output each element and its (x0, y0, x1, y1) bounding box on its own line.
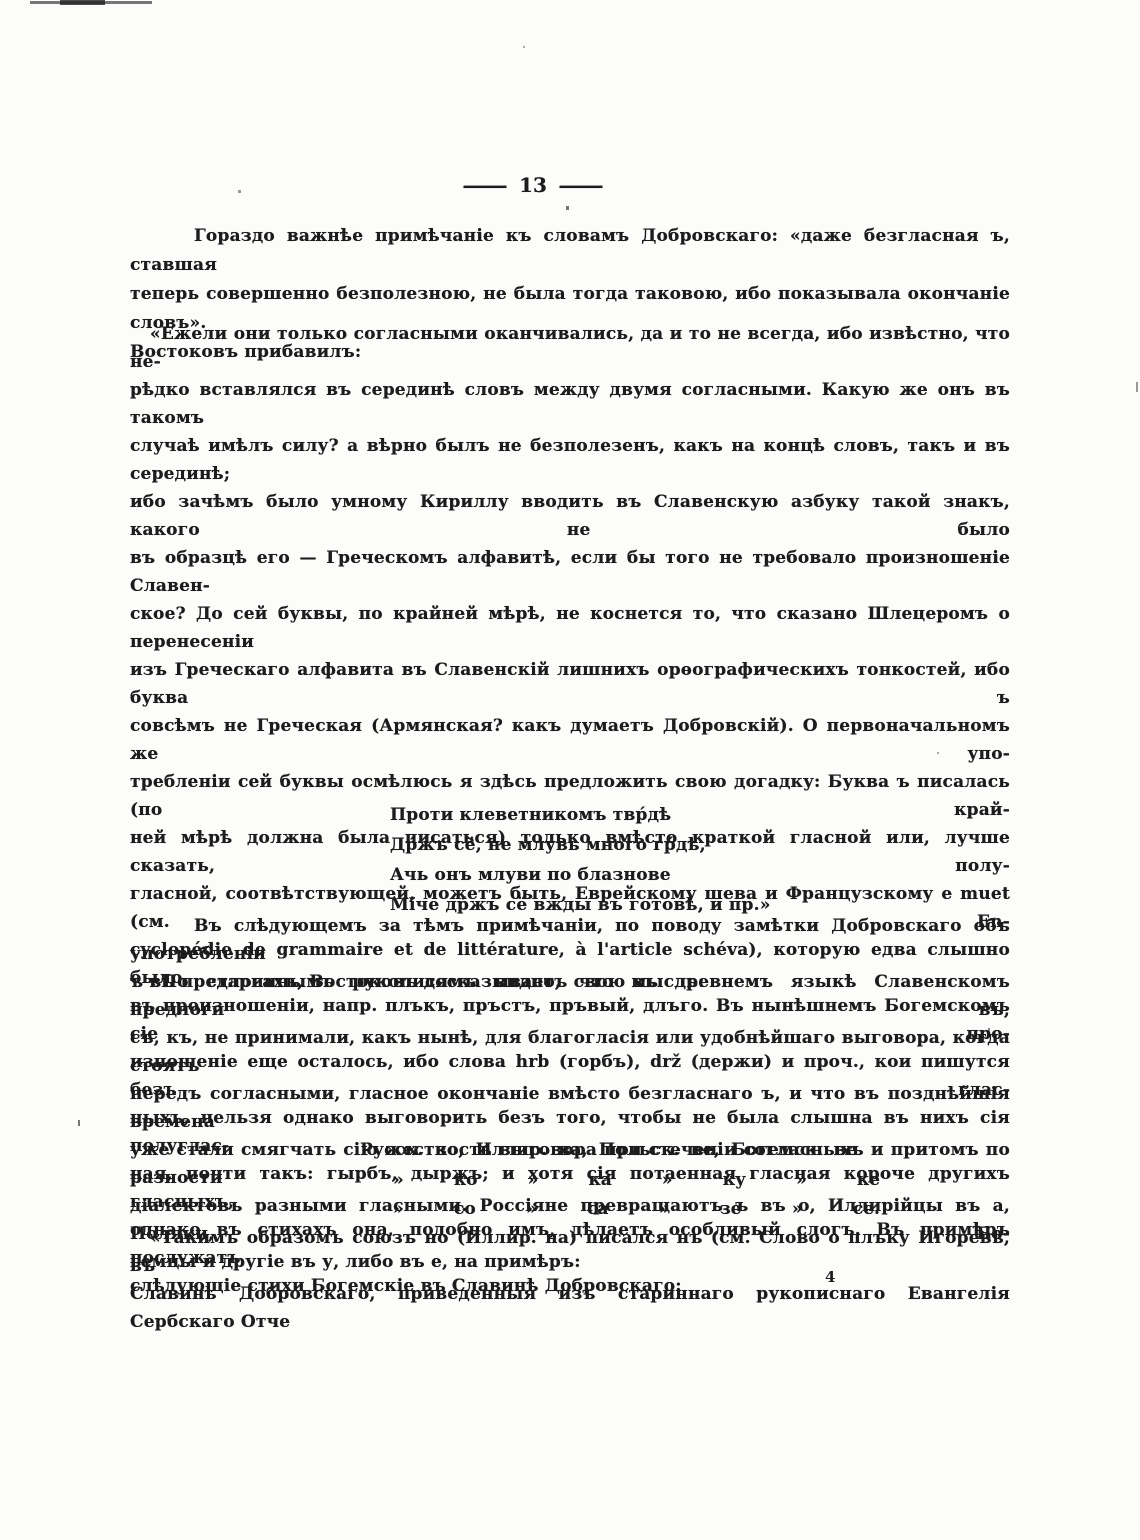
table-cell-ditto: » (393, 1195, 404, 1224)
scan-speck (78, 1120, 80, 1126)
scan-artifact-top-blob (60, 0, 105, 5)
verse-line: Ачь онъ млуви по блазнове (390, 860, 950, 890)
table-cell: со (454, 1195, 476, 1224)
scanned-book-page: —13— Гораздо важнѣе примѣчаніе къ словам… (0, 0, 1140, 1540)
page-number: 13 (519, 173, 547, 197)
text-line: случаѣ имѣлъ силу? а вѣрно былъ не безпо… (130, 432, 1010, 488)
table-rows: » ко » ка » ку » ке » со » са » зе » се. (393, 1166, 880, 1224)
paragraph-5: «Такимъ образомъ союзъ но (Иллир. на) пи… (130, 1224, 1010, 1336)
text-line: ское? До сей буквы, по крайней мѣрѣ, не … (130, 600, 1010, 656)
table-cell-ditto: » (662, 1166, 673, 1195)
table-cell: ка (588, 1166, 611, 1195)
header-dash-left: — (461, 170, 509, 200)
table-cell-ditto: » (393, 1166, 404, 1195)
text-line: ибо зачѣмъ было умному Кириллу вводить в… (130, 488, 1010, 544)
table-cell-ditto: » (796, 1166, 807, 1195)
verse-line: Проти клеветникомъ твр́дѣ (390, 800, 950, 830)
verse-line: Др́жъ сё, не млувь много гр́дѣ, (390, 830, 950, 860)
table-cell: ко (454, 1166, 478, 1195)
table-cell-ditto: » (792, 1195, 803, 1224)
table-cell: зе (720, 1195, 742, 1224)
table-cell: ку (723, 1166, 746, 1195)
page-header: —13— (130, 170, 936, 200)
text-line: изъ Греческаго алфавита въ Славенскій ли… (130, 656, 1010, 712)
table-cell: ке (857, 1166, 880, 1195)
scan-speck (566, 206, 569, 210)
table-row: » ко » ка » ку » ке (393, 1166, 880, 1195)
table-cell-ditto: » (528, 1166, 539, 1195)
text-line: совсѣмъ не Греческая (Армянская? какъ ду… (130, 712, 1010, 768)
table-cell-ditto: » (659, 1195, 670, 1224)
table-cell: се. (853, 1195, 880, 1224)
text-line: Славинѣ Добровскаго, приведенныя изъ ста… (130, 1280, 1010, 1336)
text-line: «По стариннымъ рукописямъ видно, что въ … (130, 968, 1010, 1024)
scan-artifact-edge-line (1136, 382, 1138, 392)
text-line: Въ слѣдующемъ за тѣмъ примѣчаніи, по пов… (130, 912, 1010, 968)
text-line: рѣдко вставлялся въ серединѣ словъ между… (130, 376, 1010, 432)
signature-mark: 4 (825, 1267, 835, 1287)
table-cell: са (587, 1195, 608, 1224)
text-line: передъ согласными, гласное окончаніе вмѣ… (130, 1080, 1010, 1136)
scan-speck (523, 46, 525, 48)
verse-block: Проти клеветникомъ твр́дѣ Др́жъ сё, не м… (390, 800, 950, 920)
header-dash-right: — (557, 170, 605, 200)
table-cell-ditto: » (526, 1195, 537, 1224)
text-line: съ, къ, не принимали, какъ нынѣ, для бла… (130, 1024, 1010, 1080)
table-header-row: Русск. во, Иллир. ва, Польск. ве, Богемс… (360, 1136, 857, 1165)
text-line: Гораздо важнѣе примѣчаніе къ словамъ Доб… (130, 222, 1010, 280)
table-row: » со » са » зе » се. (393, 1195, 880, 1224)
text-line: «Такимъ образомъ союзъ но (Иллир. на) пи… (130, 1224, 1010, 1280)
text-line: «Ежели они только согласными оканчивалис… (130, 320, 1010, 376)
text-line: въ образцѣ его — Греческомъ алфавитѣ, ес… (130, 544, 1010, 600)
